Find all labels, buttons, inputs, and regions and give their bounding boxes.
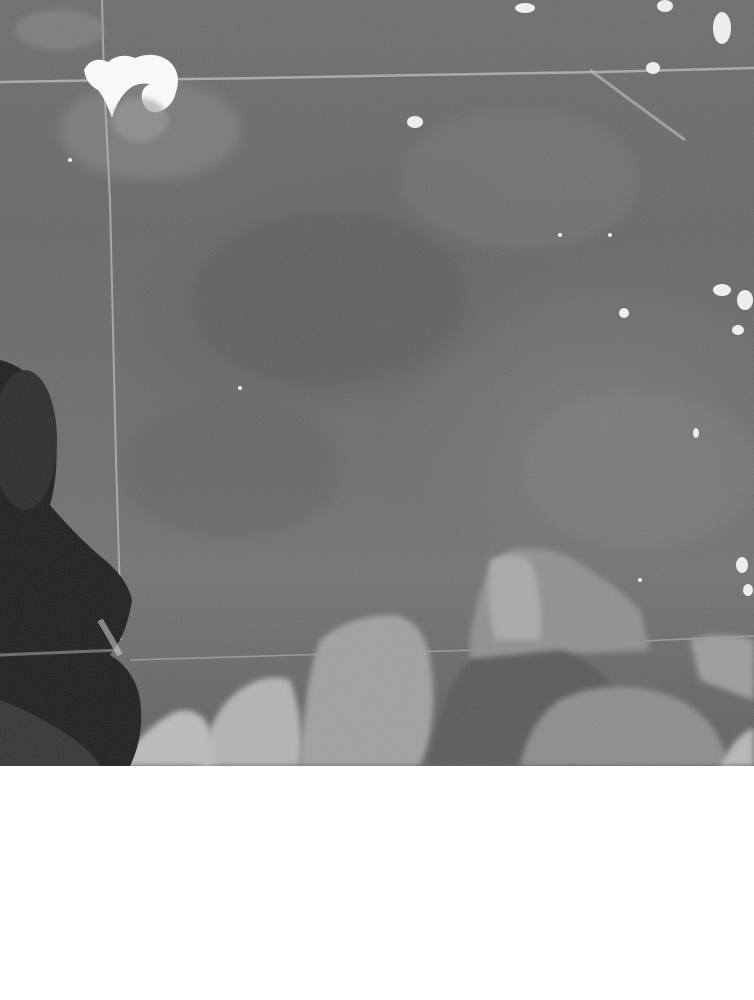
fresco-artwork	[0, 0, 754, 766]
page-bottom-margin	[0, 766, 754, 1000]
film-grain	[0, 0, 754, 766]
fresco-photograph	[0, 0, 754, 766]
